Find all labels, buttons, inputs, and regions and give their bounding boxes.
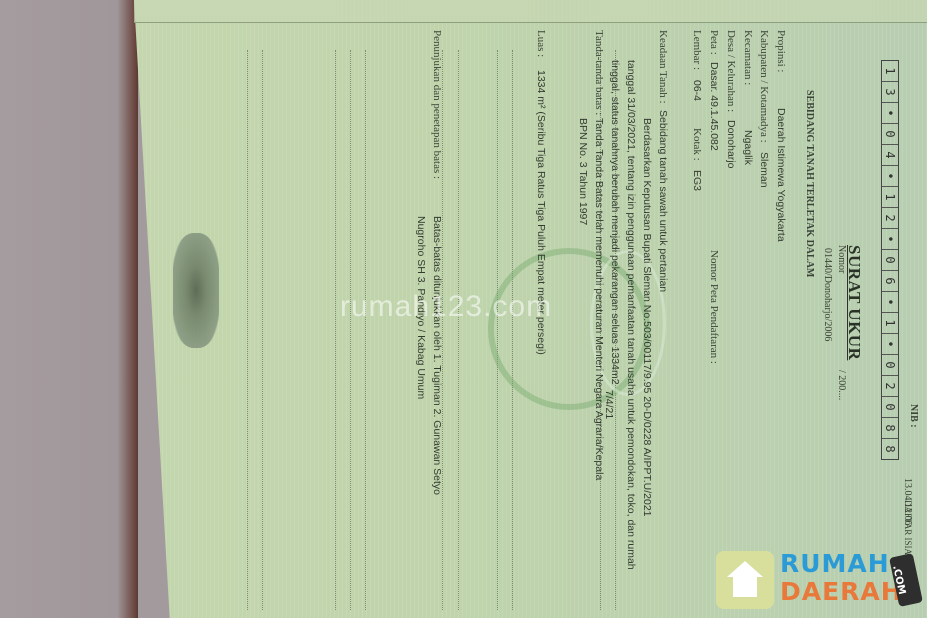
nomor-peta-label: Nomor Peta Pendaftaran : (708, 250, 720, 364)
nomor-value: 01440/Donoharjo/2006 (822, 248, 833, 341)
logo-line-1: RUMAH (780, 549, 890, 578)
digit: 1 (882, 61, 898, 82)
digit: • (882, 103, 898, 124)
keadaan-line-2: Berdasarkan Keputusan Bupati Sleman No.5… (641, 118, 653, 517)
certificate-number-boxes: 1 3 • 0 4 • 1 2 • 0 6 • 1 • 0 2 0 8 8 (881, 60, 899, 460)
digit: • (882, 229, 898, 250)
rumahdaerah-logo: RUMAH DAERAH .COM (716, 547, 921, 611)
kotak-label: Kotak : (691, 128, 703, 161)
keadaan-line-4: tinggal, status tanahnya berubah menjadi… (609, 60, 621, 385)
kotak-value: EG3 (691, 170, 703, 191)
tanda-batas-line-2: BPN No. 3 Tahun 1997 (577, 118, 589, 225)
digit: 3 (882, 82, 898, 103)
digit: • (882, 334, 898, 355)
propinsi-label: Propinsi : (775, 30, 787, 72)
desa-value: Donoharjo (725, 120, 737, 168)
tanda-batas-line-1: Tanda Tanda Batas telah memenuhi peratur… (593, 118, 605, 480)
kecamatan-value: Ngaglik (742, 130, 754, 165)
year-suffix: / 200.... (836, 370, 847, 400)
kecamatan-label: Kecamatan : (742, 30, 754, 85)
tanda-batas-label: Tanda-tanda batas : (593, 30, 605, 115)
kabupaten-value: Sleman (758, 152, 770, 188)
digit: • (882, 166, 898, 187)
kabupaten-label: Kabupaten / Kotamadya : (758, 30, 770, 143)
digit: 8 (882, 418, 898, 439)
digit: • (882, 292, 898, 313)
digit: 2 (882, 376, 898, 397)
digit: 0 (882, 250, 898, 271)
digit: 0 (882, 124, 898, 145)
section-heading: SEBIDANG TANAH TERLETAK DALAM (804, 90, 815, 277)
keadaan-line-3: tanggal 31/03/2021, tentang izin penggun… (625, 60, 637, 570)
propinsi-value: Daerah Istimewa Yogyakarta (775, 108, 787, 242)
keadaan-line-1: Sebidang tanah sawah untuk pertanian (657, 110, 669, 292)
luas-label: Luas : (535, 30, 547, 57)
nib-value: 13.04.12.06 (902, 478, 913, 526)
logo-line-2: DAERAH (780, 577, 903, 606)
peta-value: Dasar. 49.1.45.082 (708, 62, 720, 151)
digit: 1 (882, 187, 898, 208)
nomor-label: Nomor (836, 245, 847, 273)
penunjukan-label: Penunjukan dan penetapan batas : (431, 30, 443, 179)
desa-label: Desa / Kelurahan : (725, 30, 737, 112)
nib-label: NIB : (908, 404, 919, 428)
house-icon (716, 551, 774, 609)
penunjukan-line-1: Batas-batas ditunjukkan oleh 1. Tugiman … (431, 216, 443, 495)
lembar-value: 06-4 (691, 80, 703, 101)
digit: 8 (882, 439, 898, 459)
digit: 2 (882, 208, 898, 229)
digit: 0 (882, 397, 898, 418)
digit: 6 (882, 271, 898, 292)
digit: 0 (882, 355, 898, 376)
digit: 1 (882, 313, 898, 334)
watermark-text: rumah123.com (340, 290, 552, 324)
keadaan-tanah-label: Keadaan Tanah : (657, 30, 669, 104)
document-title: SURAT UKUR (844, 245, 864, 360)
lembar-label: Lembar : (691, 30, 703, 70)
digit: 4 (882, 145, 898, 166)
peta-label: Peta : (708, 30, 720, 55)
